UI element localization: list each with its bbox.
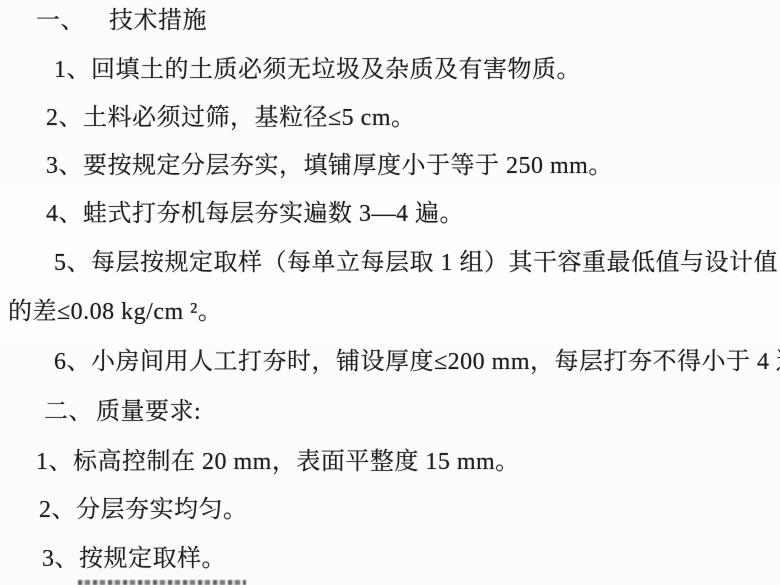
section-1-title: 技术措施: [109, 6, 207, 36]
tech-item-1: 1、回填土的土质必须无垃圾及杂质及有害物质。: [54, 55, 581, 85]
tech-item-4: 4、蛙式打夯机每层夯实遍数 3—4 遍。: [46, 199, 464, 229]
cutoff-text-remnant: [78, 580, 246, 585]
section-1-heading: 一、技术措施: [36, 6, 207, 36]
section-2-title: 质量要求:: [96, 397, 201, 427]
document-page: 一、技术措施 1、回填土的土质必须无垃圾及杂质及有害物质。 2、土料必须过筛，基…: [0, 0, 780, 585]
quality-item-3: 3、按规定取样。: [42, 544, 226, 574]
tech-item-5: 5、每层按规定取样（每单立每层取 1 组）其干容重最低值与设计值: [54, 248, 778, 278]
quality-item-1: 1、标高控制在 20 mm，表面平整度 15 mm。: [36, 447, 520, 477]
section-2-heading: 二、质量要求:: [44, 397, 201, 427]
tech-item-6: 6、小房间用人工打夯时，铺设厚度≤200 mm，每层打夯不得小于 4 遍。: [54, 347, 780, 377]
tech-item-5-continuation: 的差≤0.08 kg/cm ²。: [8, 297, 222, 327]
tech-item-3: 3、要按规定分层夯实，填铺厚度小于等于 250 mm。: [46, 151, 613, 181]
section-2-number: 二、: [44, 397, 93, 427]
quality-item-2: 2、分层夯实均匀。: [39, 495, 248, 525]
section-1-number: 一、: [36, 6, 85, 36]
tech-item-2: 2、土料必须过筛，基粒径≤5 cm。: [46, 103, 416, 133]
